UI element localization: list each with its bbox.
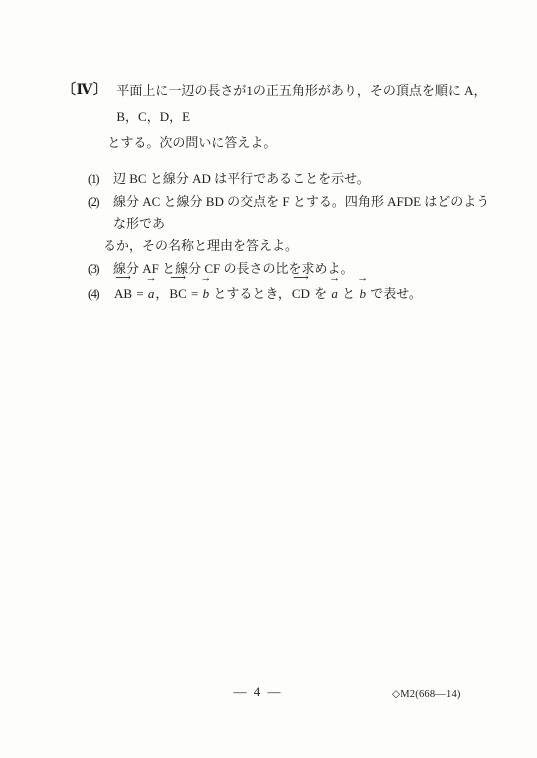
vector-a: →a: [147, 283, 156, 305]
question-2-line-2: るか，その名称と理由を答えよ。: [103, 235, 492, 257]
vector-arrow-icon: ⟶: [293, 273, 309, 284]
problem-intro: 平面上に一辺の長さが1の正五角形があり，その頂点を順に A，B，C，D，E とす…: [116, 78, 492, 156]
problem-section-4: 〔Ⅳ〕 平面上に一辺の長さが1の正五角形があり，その頂点を順に A，B，C，D，…: [62, 78, 492, 306]
question-4: (4) ⟶AB = →a，⟶BC = →b とするとき，⟶CD を →a と →…: [62, 283, 492, 305]
phrase-text: とするとき，: [210, 286, 291, 301]
question-list: (1) 辺 BC と線分 AD は平行であることを示せ。 (2) 線分 AC と…: [62, 168, 492, 305]
vector-arrow-icon: →: [357, 273, 368, 284]
particle-text: と: [339, 286, 359, 301]
vector-AB: ⟶AB: [113, 283, 133, 305]
vector-arrow-icon: →: [329, 273, 340, 284]
vector-arrow-icon: ⟶: [170, 273, 186, 284]
vector-arrow-icon: ⟶: [115, 273, 131, 284]
document-code: ◇M2(668—14): [392, 688, 461, 700]
exam-page: 〔Ⅳ〕 平面上に一辺の長さが1の正五角形があり，その頂点を順に A，B，C，D，…: [0, 0, 537, 758]
problem-number-label: 〔Ⅳ〕: [62, 78, 107, 104]
intro-line-1: 平面上に一辺の長さが1の正五角形があり，その頂点を順に A，B，C，D，E: [116, 78, 492, 130]
comma-text: ，: [155, 286, 168, 301]
problem-header: 〔Ⅳ〕 平面上に一辺の長さが1の正五角形があり，その頂点を順に A，B，C，D，…: [62, 78, 492, 156]
question-4-number: (4): [88, 283, 106, 305]
intro-line-2: とする。次の問いに答えよ。: [107, 130, 492, 156]
vector-a: →a: [330, 283, 339, 305]
phrase-text: で表せ。: [367, 286, 422, 301]
vector-b: →b: [358, 283, 367, 305]
question-3-number: (3): [88, 258, 106, 280]
question-2-text: 線分 AC と線分 BD の交点を F とする。四角形 AFDE はどのような形…: [113, 191, 492, 257]
vector-CD: ⟶CD: [291, 283, 311, 305]
question-2-line-1: 線分 AC と線分 BD の交点を F とする。四角形 AFDE はどのような形…: [113, 191, 492, 235]
vector-b: →b: [202, 283, 211, 305]
equals-text: =: [133, 286, 147, 301]
vector-BC: ⟶BC: [168, 283, 187, 305]
question-1-number: (1): [88, 168, 106, 190]
question-4-text: ⟶AB = →a，⟶BC = →b とするとき，⟶CD を →a と →b で表…: [113, 283, 492, 305]
particle-text: を: [311, 286, 331, 301]
vector-arrow-icon: →: [200, 273, 211, 284]
equals-text: =: [188, 286, 202, 301]
vector-arrow-icon: →: [146, 273, 157, 284]
question-1-text: 辺 BC と線分 AD は平行であることを示せ。: [113, 168, 492, 190]
question-2: (2) 線分 AC と線分 BD の交点を F とする。四角形 AFDE はどの…: [62, 191, 492, 257]
question-1: (1) 辺 BC と線分 AD は平行であることを示せ。: [62, 168, 492, 190]
